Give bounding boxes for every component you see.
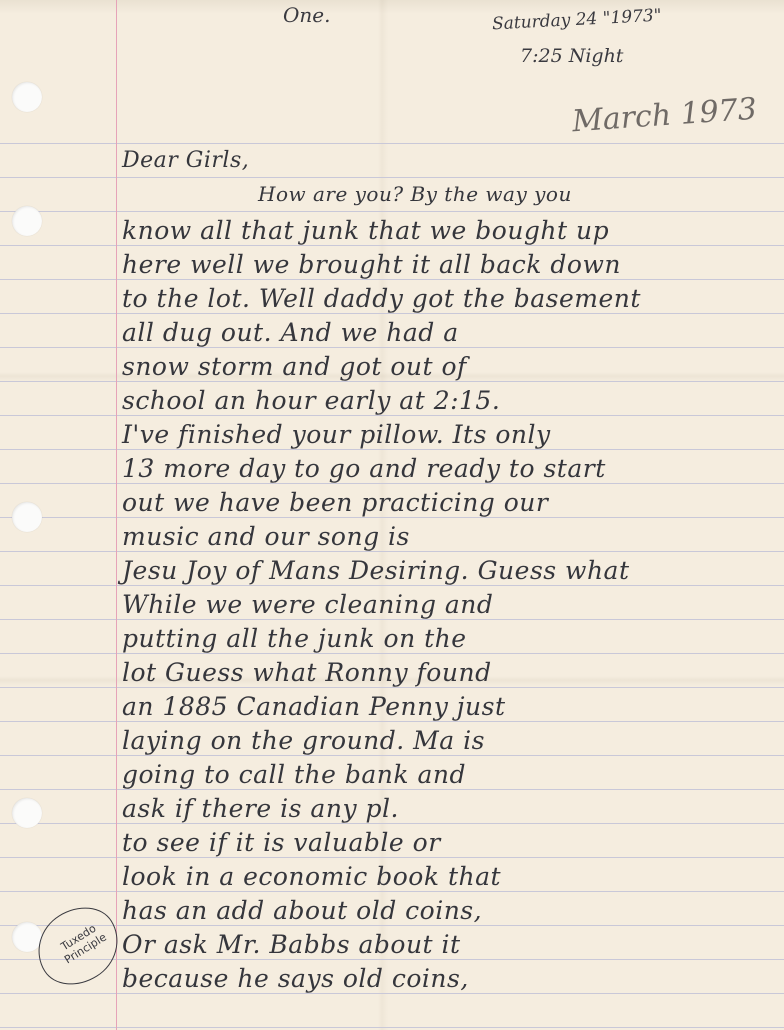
ruled-line xyxy=(0,891,784,892)
letter-line: snow storm and got out of xyxy=(122,352,467,381)
date-line: Saturday 24 "1973" xyxy=(492,6,662,35)
letter-line: going to call the bank and xyxy=(122,760,466,789)
punch-hole xyxy=(12,206,42,236)
letter-line: look in a economic book that xyxy=(122,862,501,891)
letter-line: ask if there is any pl. xyxy=(122,794,399,823)
ruled-line xyxy=(0,959,784,960)
ruled-line xyxy=(0,347,784,348)
ruled-line xyxy=(0,721,784,722)
ruled-line xyxy=(0,177,784,178)
ruled-line xyxy=(0,755,784,756)
ruled-line xyxy=(0,279,784,280)
ruled-line xyxy=(0,687,784,688)
punch-hole xyxy=(12,82,42,112)
ruled-line xyxy=(0,857,784,858)
ruled-line xyxy=(0,381,784,382)
letter-line: music and our song is xyxy=(122,522,410,551)
time-line: 7:25 Night xyxy=(520,45,623,67)
letter-line: putting all the junk on the xyxy=(122,624,467,653)
page-label: One. xyxy=(283,3,330,27)
letter-line: How are you? By the way you xyxy=(258,182,572,206)
pencil-date: March 1973 xyxy=(571,92,758,140)
ruled-line xyxy=(0,551,784,552)
ruled-line xyxy=(0,653,784,654)
letter-line: an 1885 Canadian Penny just xyxy=(122,692,506,721)
letter-line: lot Guess what Ronny found xyxy=(122,658,492,687)
ruled-line xyxy=(0,245,784,246)
ruled-line xyxy=(0,143,784,144)
notebook-paper: One. Saturday 24 "1973" 7:25 Night March… xyxy=(0,0,784,1030)
punch-hole xyxy=(12,502,42,532)
letter-line: out we have been practicing our xyxy=(122,488,548,517)
ruled-line xyxy=(0,483,784,484)
margin-line xyxy=(116,0,117,1030)
letter-line: I've finished your pillow. Its only xyxy=(122,420,551,449)
ruled-line xyxy=(0,823,784,824)
letter-line: to see if it is valuable or xyxy=(122,828,441,857)
ruled-line xyxy=(0,585,784,586)
letter-line: 13 more day to go and ready to start xyxy=(122,454,606,483)
letter-line: all dug out. And we had a xyxy=(122,318,459,347)
letter-line: here well we brought it all back down xyxy=(122,250,621,279)
ruled-line xyxy=(0,517,784,518)
letter-line: While we were cleaning and xyxy=(122,590,493,619)
letter-line: to the lot. Well daddy got the basement xyxy=(122,284,641,313)
letter-line: Jesu Joy of Mans Desiring. Guess what xyxy=(122,556,630,585)
letter-line: because he says old coins, xyxy=(122,964,469,993)
letter-line: has an add about old coins, xyxy=(122,896,482,925)
letter-line: laying on the ground. Ma is xyxy=(122,726,485,755)
ruled-line xyxy=(0,789,784,790)
salutation: Dear Girls, xyxy=(122,148,249,173)
letter-line: know all that junk that we bought up xyxy=(122,216,609,245)
ruled-line xyxy=(0,619,784,620)
ruled-line xyxy=(0,993,784,994)
ruled-line xyxy=(0,415,784,416)
ruled-line xyxy=(0,449,784,450)
ruled-line xyxy=(0,1027,784,1028)
ruled-line xyxy=(0,211,784,212)
letter-line: school an hour early at 2:15. xyxy=(122,386,500,415)
letter-line: Or ask Mr. Babbs about it xyxy=(122,930,461,959)
ruled-line xyxy=(0,313,784,314)
punch-hole xyxy=(12,798,42,828)
